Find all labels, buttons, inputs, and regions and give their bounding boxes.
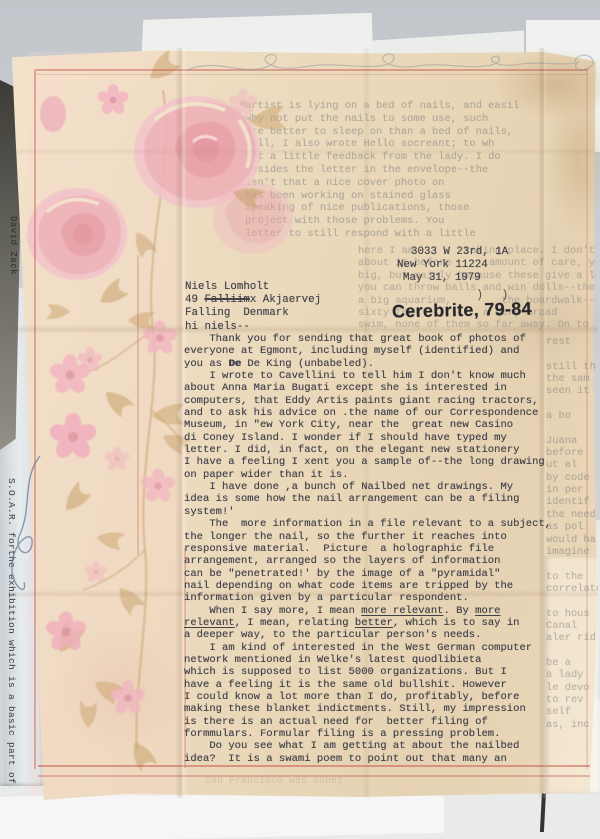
- letter-body: Thank you for sending that great book of…: [184, 333, 560, 765]
- text-segment: Falliim: [204, 294, 249, 306]
- paragraph: Thank you for sending that great book of…: [184, 333, 560, 370]
- text-segment: I wrote to Cavellini to tell him I don't…: [184, 370, 545, 481]
- text-segment: Do you see what I am getting at about th…: [184, 740, 519, 764]
- text-segment: Falling Denmark: [185, 307, 289, 319]
- text-segment: 49: [185, 294, 204, 306]
- text-segment: more: [475, 605, 500, 617]
- vertical-note-david-zack: David Zack: [2, 216, 18, 312]
- text-segment: . By: [444, 605, 476, 617]
- handwritten-flourish: [2, 448, 66, 613]
- red-border-bottom-2: [38, 775, 590, 777]
- text-segment: hi niels--: [185, 321, 250, 333]
- recipient-line: 49 Falliimx Akjaervej: [185, 294, 321, 307]
- handwritten-annotation: Cerebrite, 79-84: [392, 299, 532, 323]
- red-border-left: [34, 69, 36, 769]
- paragraph: Do you see what I am getting at about th…: [184, 740, 560, 765]
- text-segment: When I say more, I mean: [184, 605, 361, 617]
- recipient-address: Niels Lomholt49 Falliimx AkjaervejFallin…: [185, 281, 321, 334]
- return-address-line: New York 11224: [397, 259, 508, 272]
- paragraph: I am kind of interested in the West Germ…: [184, 642, 560, 741]
- return-address-line: May 31, 1979: [403, 272, 508, 285]
- paragraph: When I say more, I mean more relevant. B…: [184, 605, 560, 642]
- text-segment: I am kind of interested in the West Germ…: [184, 642, 532, 740]
- return-address: 3033 W 23rd, 1ANew York 11224May 31, 197…: [397, 246, 508, 286]
- return-address-line: 3033 W 23rd, 1A: [411, 246, 508, 259]
- paragraph: The more information in a file relevant …: [184, 518, 560, 604]
- text-segment: The more information in a file relevant …: [184, 518, 551, 604]
- paragraph: I wrote to Cavellini to tell him I don't…: [184, 370, 560, 481]
- paragraph: I have done ,a bunch of Nailbed net draw…: [184, 481, 560, 518]
- text-segment: more relevant: [361, 605, 443, 617]
- text-segment: , I mean, relating: [235, 617, 355, 629]
- recipient-line: hi niels--: [185, 321, 321, 334]
- red-border-bottom: [38, 765, 590, 767]
- text-segment: x Akjaervej: [250, 294, 321, 306]
- text-segment: relevant: [184, 617, 235, 629]
- text-segment: I have done ,a bunch of Nailbed net draw…: [184, 481, 519, 518]
- text-segment: Niels Lomholt: [185, 281, 269, 293]
- text-segment: De King (unbabeled).: [241, 358, 374, 370]
- photo-of-letter: artist is lying on a bed of nails, and e…: [0, 0, 600, 839]
- horizontal-fold-crease: [8, 148, 598, 155]
- recipient-line: Falling Denmark: [185, 307, 321, 320]
- text-segment: De: [228, 358, 241, 370]
- text-segment: better: [355, 617, 393, 629]
- red-border-right: [586, 69, 588, 769]
- recipient-line: Niels Lomholt: [185, 281, 321, 294]
- red-pinstripe-inner: [137, 255, 139, 555]
